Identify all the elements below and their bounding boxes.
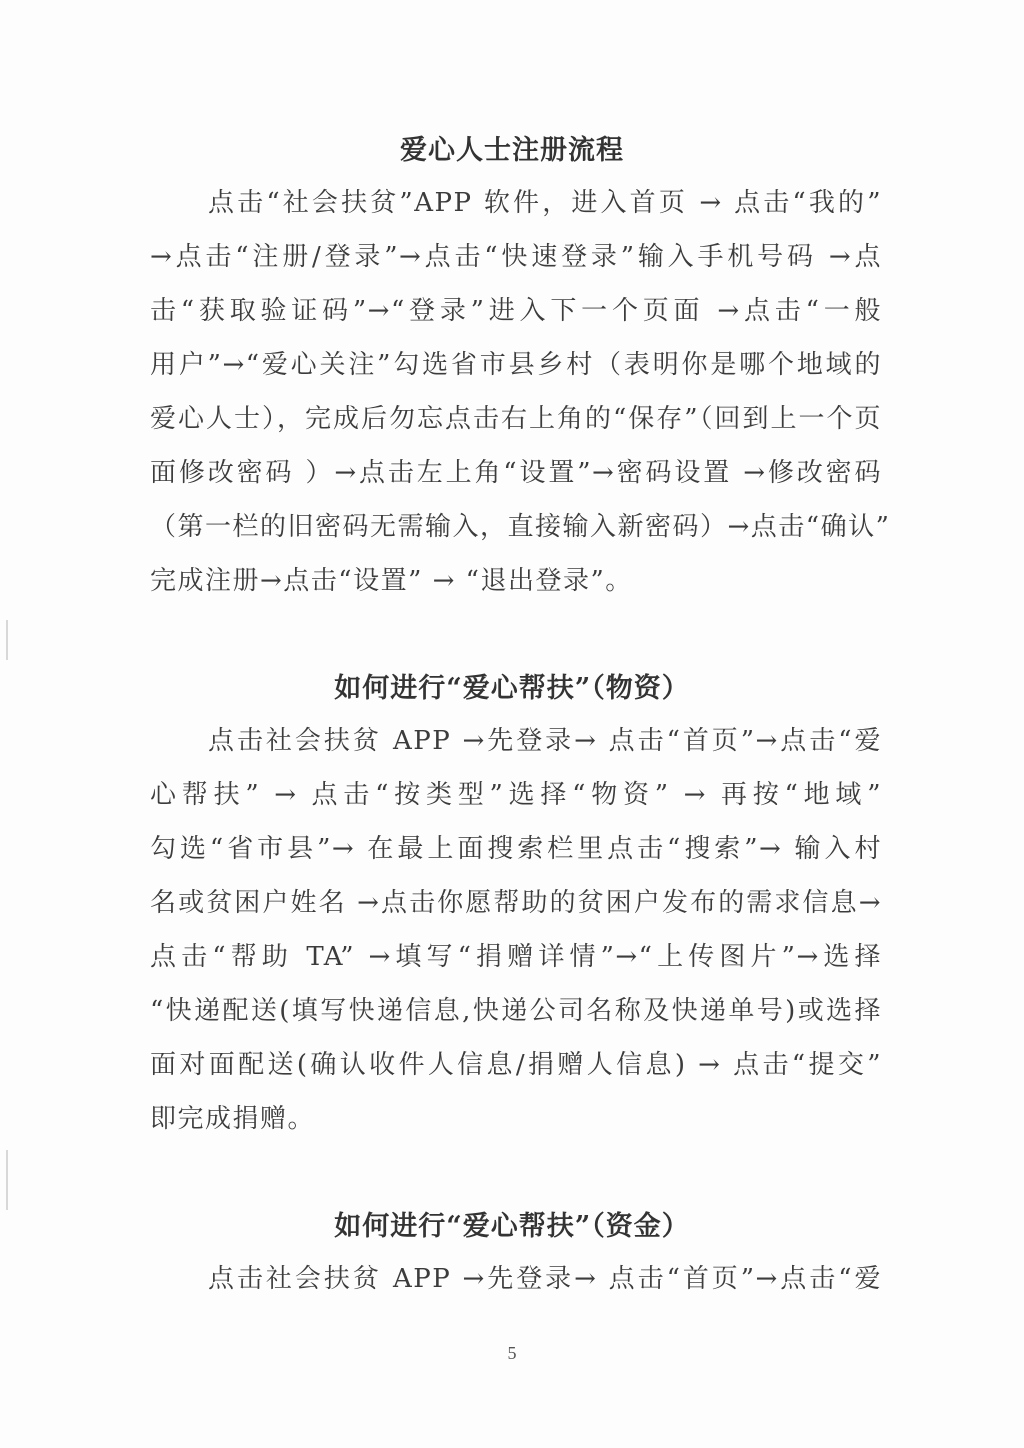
paragraph-line: 心帮扶” → 点击“按类型”选择“物资” → 再按“地域” — [150, 774, 882, 811]
paragraph-line: 即完成捐赠。 — [150, 1098, 882, 1135]
paragraph-line: 名或贫困户姓名 →点击你愿帮助的贫困户发布的需求信息→ — [150, 882, 882, 919]
paragraph-line: 点击社会扶贫 APP →先登录→ 点击“首页”→点击“爱 — [208, 1258, 882, 1295]
page-number: 5 — [0, 1343, 1024, 1364]
paragraph-line: 点击社会扶贫 APP →先登录→ 点击“首页”→点击“爱 — [208, 720, 882, 757]
section-title-registration: 爱心人士注册流程 — [0, 128, 1024, 167]
paragraph-line: →点击“注册/登录”→点击“快速登录”输入手机号码 →点 — [150, 236, 882, 273]
paragraph-line: 点击“社会扶贫”APP 软件，进入首页 → 点击“我的” — [208, 182, 882, 219]
paragraph-line: 面对面配送(确认收件人信息/捐赠人信息) → 点击“提交” — [150, 1044, 882, 1081]
scan-edge-mark — [6, 1150, 8, 1210]
section-title-material-aid: 如何进行“爱心帮扶”（物资） — [0, 666, 1024, 705]
document-page: 爱心人士注册流程 点击“社会扶贫”APP 软件，进入首页 → 点击“我的” →点… — [0, 0, 1024, 1448]
paragraph-line: 完成注册→点击“设置” → “退出登录”。 — [150, 560, 882, 597]
section-title-fund-aid: 如何进行“爱心帮扶”（资金） — [0, 1204, 1024, 1243]
paragraph-line: 点击“帮助 TA” →填写“捐赠详情”→“上传图片”→选择 — [150, 936, 882, 973]
paragraph-line: 用户”→“爱心关注”勾选省市县乡村（表明你是哪个地域的 — [150, 344, 882, 381]
paragraph-line: 勾选“省市县”→ 在最上面搜索栏里点击“搜索”→ 输入村 — [150, 828, 882, 865]
paragraph-line: 击“获取验证码”→“登录”进入下一个页面 →点击“一般 — [150, 290, 882, 327]
paragraph-line: “快递配送(填写快递信息,快递公司名称及快递单号)或选择 — [150, 990, 882, 1027]
paragraph-line: 爱心人士），完成后勿忘点击右上角的“保存”（回到上一个页 — [150, 398, 882, 435]
scan-edge-mark — [6, 620, 8, 660]
paragraph-line: （第一栏的旧密码无需输入，直接输入新密码）→点击“确认” — [150, 506, 882, 543]
paragraph-line: 面修改密码 ）→点击左上角“设置”→密码设置 →修改密码 — [150, 452, 882, 489]
